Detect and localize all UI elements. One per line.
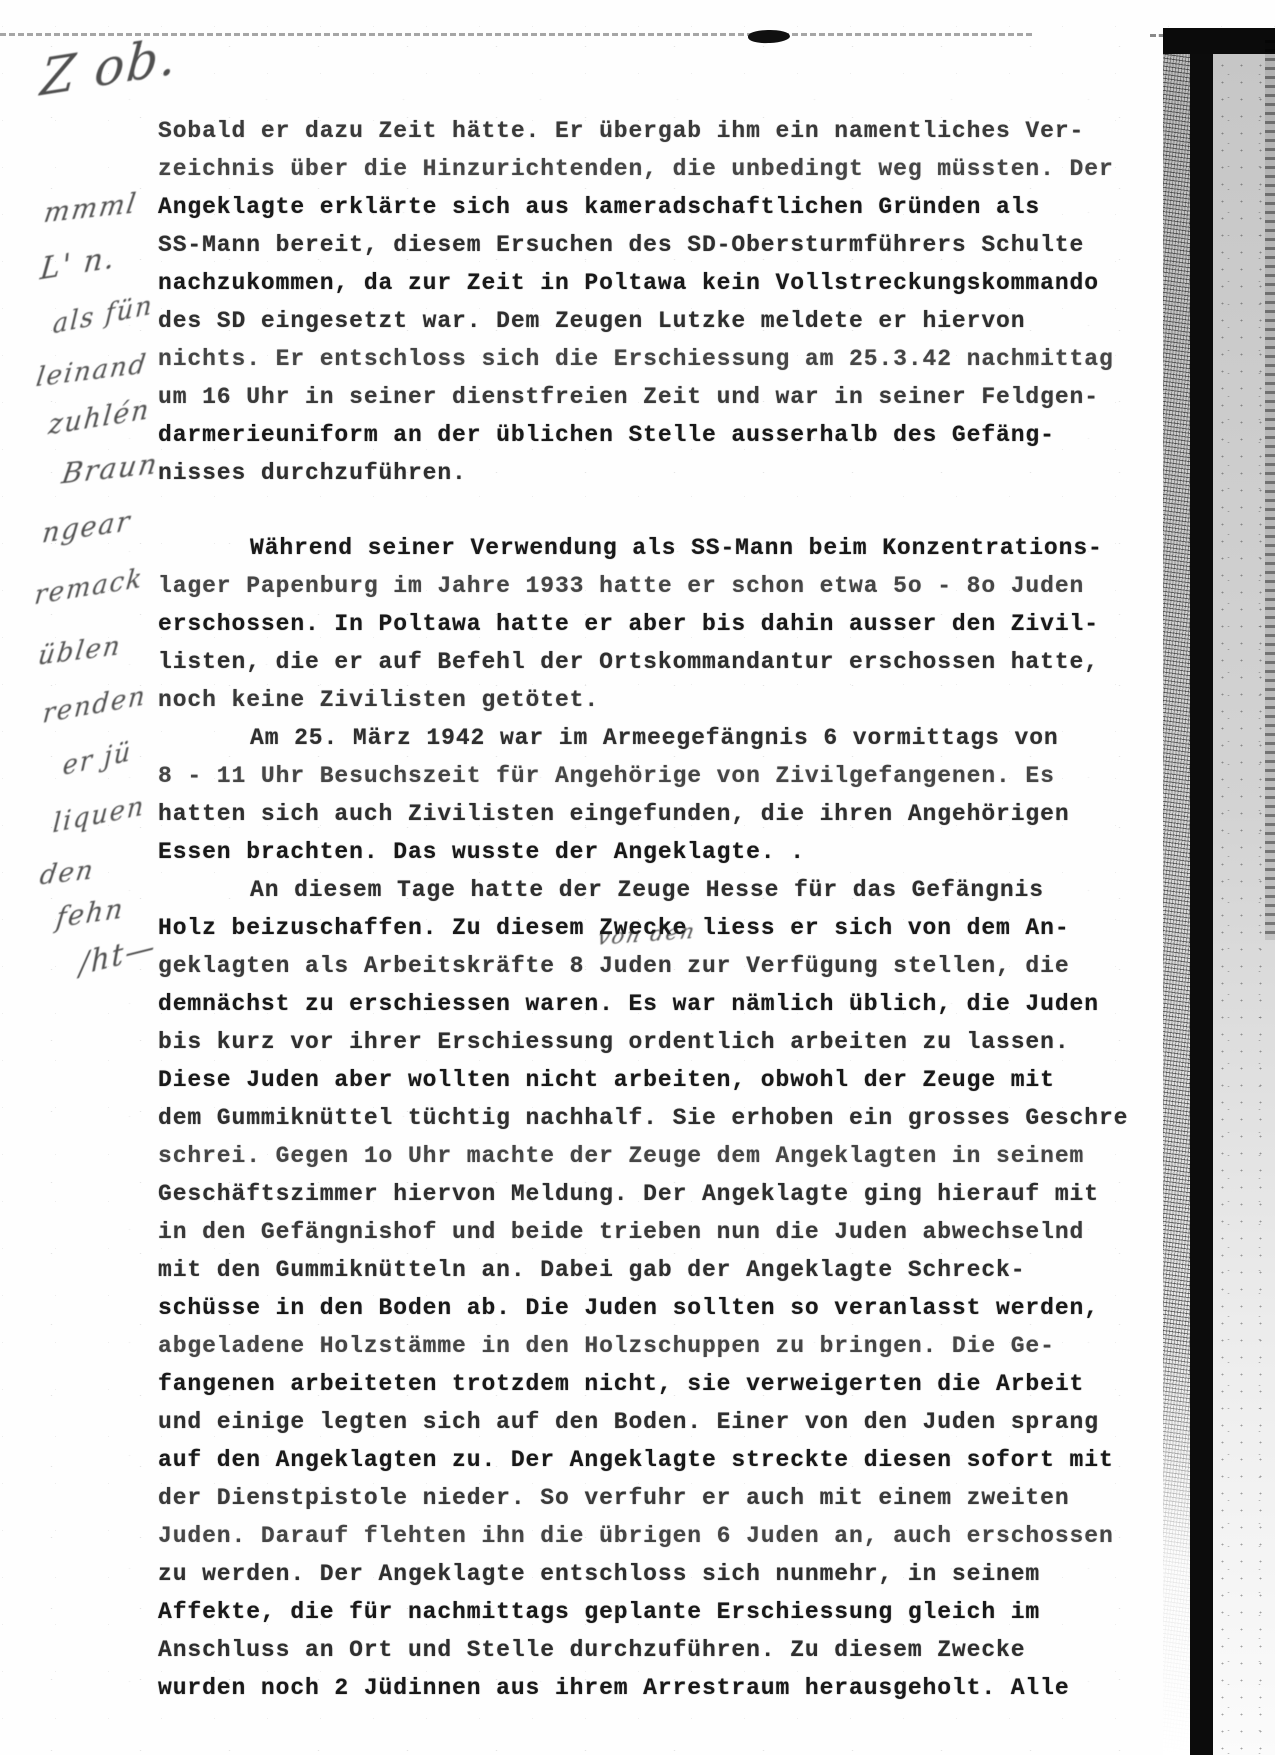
scan-band-black-line [1190, 40, 1213, 1755]
typed-line: 8 - 11 Uhr Besuchszeit für Angehörige vo… [158, 757, 1168, 795]
typed-line: lager Papenburg im Jahre 1933 hatte er s… [158, 567, 1168, 605]
typed-line: Am 25. März 1942 war im Armeegefängnis 6… [158, 719, 1168, 757]
margin-note: er jü [62, 736, 133, 782]
typed-line: Anschluss an Ort und Stelle durchzuführe… [158, 1631, 1168, 1669]
typed-line: mit den Gummiknütteln an. Dabei gab der … [158, 1251, 1168, 1289]
margin-note: Braun [60, 447, 162, 491]
margin-note: zuhlén [47, 393, 152, 441]
scan-band-top-cap [1163, 28, 1275, 54]
typed-line: nachzukommen, da zur Zeit in Poltawa kei… [158, 264, 1168, 302]
scanned-document-page: Z ob. mmmlL' n.als fünleinandzuhlénBraun… [0, 0, 1275, 1755]
typed-text-block: Sobald er dazu Zeit hätte. Er übergab ih… [158, 112, 1168, 1707]
typed-line: darmerieuniform an der üblichen Stelle a… [158, 416, 1168, 454]
typed-line: SS-Mann bereit, diesem Ersuchen des SD-O… [158, 226, 1168, 264]
typed-line: Geschäftszimmer hiervon Meldung. Der Ang… [158, 1175, 1168, 1213]
margin-note: den [38, 855, 97, 891]
typed-line: und einige legten sich auf den Boden. Ei… [158, 1403, 1168, 1441]
typed-line: Juden. Darauf flehten ihn die übrigen 6 … [158, 1517, 1168, 1555]
typed-line: Diese Juden aber wollten nicht arbeiten,… [158, 1061, 1168, 1099]
typed-line: abgeladene Holzstämme in den Holzschuppe… [158, 1327, 1168, 1365]
typed-line: des SD eingesetzt war. Dem Zeugen Lutzke… [158, 302, 1168, 340]
margin-note: ngear [40, 505, 133, 549]
typed-line: hatten sich auch Zivilisten eingefunden,… [158, 795, 1168, 833]
typed-line: demnächst zu erschiessen waren. Es war n… [158, 985, 1168, 1023]
typed-line: zeichnis über die Hinzurichtenden, die u… [158, 150, 1168, 188]
margin-note: liquen [52, 791, 147, 840]
margin-note: fehn [54, 893, 126, 934]
typed-line: Während seiner Verwendung als SS-Mann be… [158, 529, 1168, 567]
typed-line: noch keine Zivilisten getötet. [158, 681, 1168, 719]
typed-line: Angeklagte erklärte sich aus kameradscha… [158, 188, 1168, 226]
typed-line: Affekte, die für nachmittags geplante Er… [158, 1593, 1168, 1631]
margin-note: leinand [34, 349, 149, 393]
scan-edge-band [1163, 0, 1275, 1755]
typed-line: bis kurz vor ihrer Erschiessung ordentli… [158, 1023, 1168, 1061]
margin-note: mmml [42, 188, 140, 229]
typed-line: zu werden. Der Angeklagte entschloss sic… [158, 1555, 1168, 1593]
handwritten-corner-note: Z ob. [38, 26, 180, 107]
typed-line: Sobald er dazu Zeit hätte. Er übergab ih… [158, 112, 1168, 150]
margin-note: L' n. [39, 239, 118, 287]
typed-line: um 16 Uhr in seiner dienstfreien Zeit un… [158, 378, 1168, 416]
margin-note: als fün [52, 290, 155, 341]
typed-line: dem Gummiknüttel tüchtig nachhalf. Sie e… [158, 1099, 1168, 1137]
typed-line: in den Gefängnishof und beide trieben nu… [158, 1213, 1168, 1251]
typed-line: schrei. Gegen 1o Uhr machte der Zeuge de… [158, 1137, 1168, 1175]
scan-band-fade [1163, 1335, 1190, 1755]
typed-line: Essen brachten. Das wusste der Angeklagt… [158, 833, 1168, 871]
margin-note: renden [41, 680, 147, 729]
typed-line: An diesem Tage hatte der Zeuge Hesse für… [158, 871, 1168, 909]
margin-note: remack [33, 563, 145, 611]
typed-line: schüsse in den Boden ab. Die Juden sollt… [158, 1289, 1168, 1327]
typed-line: fangenen arbeiteten trotzdem nicht, sie … [158, 1365, 1168, 1403]
scan-artifact-ink-blob [748, 29, 790, 43]
typed-line: nisses durchzuführen. [158, 454, 1168, 492]
typed-line: erschossen. In Poltawa hatte er aber bis… [158, 605, 1168, 643]
typed-line: nichts. Er entschloss sich die Erschiess… [158, 340, 1168, 378]
margin-note: /ht— [79, 928, 157, 983]
typed-line: listen, die er auf Befehl der Ortskomman… [158, 643, 1168, 681]
typed-line: der Dienstpistole nieder. So verfuhr er … [158, 1479, 1168, 1517]
scan-band-right-edge [1265, 40, 1275, 940]
typed-line: wurden noch 2 Jüdinnen aus ihrem Arrestr… [158, 1669, 1168, 1707]
margin-note: üblen [36, 631, 124, 672]
typed-line: geklagten als Arbeitskräfte 8 Juden zur … [158, 947, 1168, 985]
typed-line: auf den Angeklagten zu. Der Angeklagte s… [158, 1441, 1168, 1479]
